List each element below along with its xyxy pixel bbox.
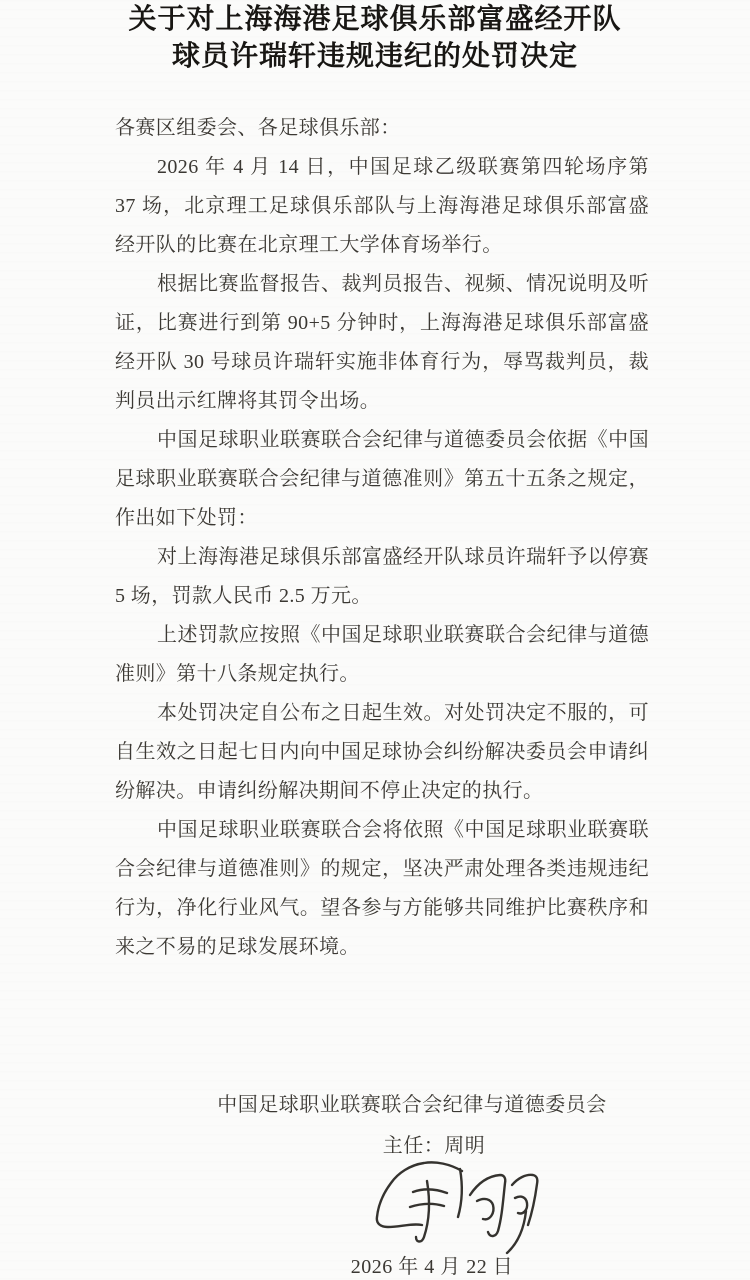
document-paragraph: 中国足球职业联赛联合会将依照《中国足球职业联赛联合会纪律与道德准则》的规定，坚决… <box>115 811 649 967</box>
document-title: 关于对上海海港足球俱乐部富盛经开队 球员许瑞轩违规违纪的处罚决定 <box>0 1 750 75</box>
salutation-line: 各赛区组委会、各足球俱乐部： <box>115 109 649 148</box>
document-paragraph: 根据比赛监督报告、裁判员报告、视频、情况说明及听证，比赛进行到第 90+5 分钟… <box>115 265 649 421</box>
scanned-document-page: 关于对上海海港足球俱乐部富盛经开队 球员许瑞轩违规违纪的处罚决定 各赛区组委会、… <box>0 0 750 1280</box>
document-title-line-2: 球员许瑞轩违规违纪的处罚决定 <box>0 38 750 75</box>
document-paragraph: 上述罚款应按照《中国足球职业联赛联合会纪律与道德准则》第十八条规定执行。 <box>115 616 649 694</box>
document-title-line-1: 关于对上海海港足球俱乐部富盛经开队 <box>0 1 750 38</box>
document-paragraph: 2026 年 4 月 14 日，中国足球乙级联赛第四轮场序第 37 场，北京理工… <box>115 148 649 265</box>
document-paragraph: 中国足球职业联赛联合会纪律与道德委员会依据《中国足球职业联赛联合会纪律与道德准则… <box>115 421 649 538</box>
handwritten-signature-icon <box>374 1151 540 1257</box>
signoff-organization: 中国足球职业联赛联合会纪律与道德委员会 <box>37 1090 750 1120</box>
document-body: 各赛区组委会、各足球俱乐部： 2026 年 4 月 14 日，中国足球乙级联赛第… <box>115 109 649 967</box>
document-paragraph: 对上海海港足球俱乐部富盛经开队球员许瑞轩予以停赛 5 场，罚款人民币 2.5 万… <box>115 538 649 616</box>
document-paragraph: 本处罚决定自公布之日起生效。对处罚决定不服的，可自生效之日起七日内向中国足球协会… <box>115 694 649 811</box>
signoff-date: 2026 年 4 月 22 日 <box>57 1252 750 1280</box>
